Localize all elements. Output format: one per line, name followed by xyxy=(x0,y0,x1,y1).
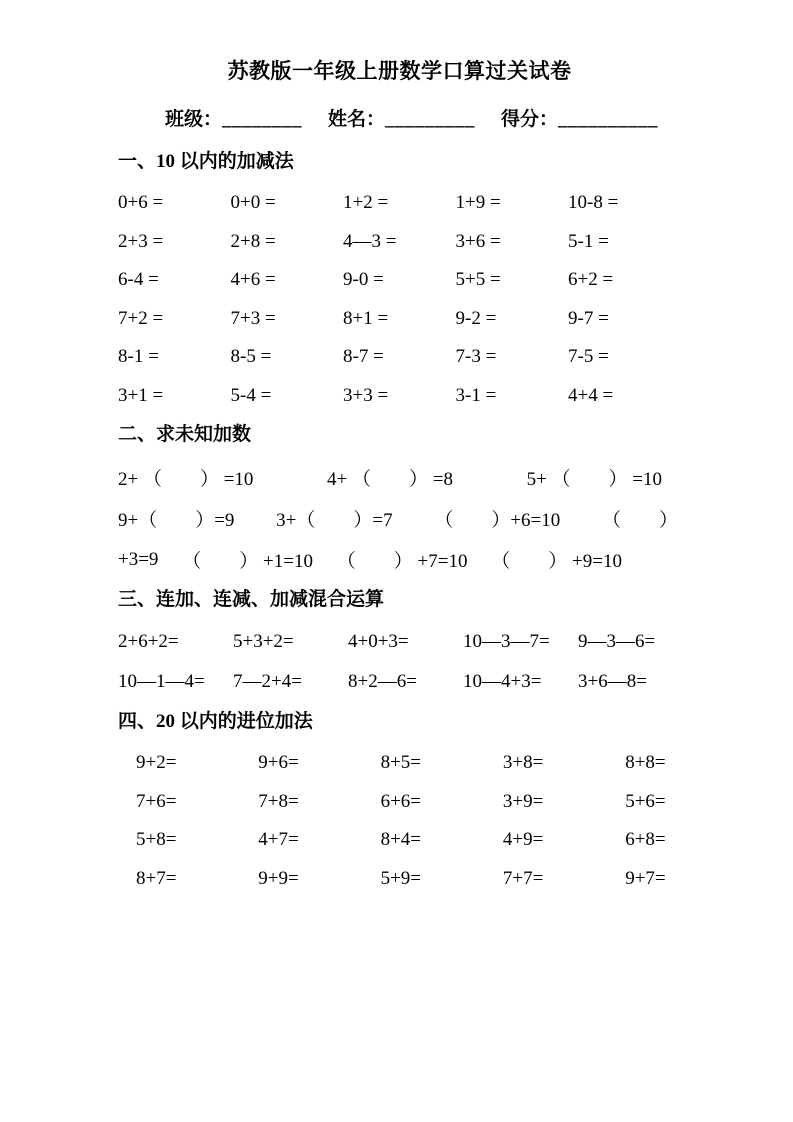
problem: 4+7= xyxy=(258,829,380,851)
problem: 6+2 = xyxy=(568,269,681,291)
problems-row: 7+2 = 7+3 = 8+1 = 9-2 = 9-7 = xyxy=(118,300,681,339)
problems-row: 2+3 = 2+8 = 4—3 = 3+6 = 5-1 = xyxy=(118,223,681,262)
problem: 5-1 = xyxy=(568,231,681,253)
problem: 6-4 = xyxy=(118,269,231,291)
problem: 8-7 = xyxy=(343,346,456,368)
problem: 9+6= xyxy=(258,752,380,774)
problem: 9+7= xyxy=(625,868,747,890)
problem: 6+6= xyxy=(381,791,503,813)
problem: 8+5= xyxy=(381,752,503,774)
problem: 4+0+3= xyxy=(348,631,463,653)
problem: 5+3+2= xyxy=(233,631,348,653)
problem: +3=9 xyxy=(118,549,158,571)
problem: 7-5 = xyxy=(568,346,681,368)
problem: 2+3 = xyxy=(118,231,231,253)
problem: 10—3—7= xyxy=(463,631,578,653)
problem: 8+1 = xyxy=(343,308,456,330)
problems-row: 8+7= 9+9= 5+9= 7+7= 9+7= xyxy=(136,860,681,899)
problem: 8+7= xyxy=(136,868,258,890)
problem: 3+（ ）=7 xyxy=(276,505,392,532)
problem: （ ） +9=10 xyxy=(491,546,622,573)
problem: （ ） +1=10 xyxy=(182,546,313,573)
problems-row: 0+6 = 0+0 = 1+2 = 1+9 = 10-8 = xyxy=(118,184,681,223)
problems-row: 9+（ ）=9 3+（ ）=7 （ ）+6=10 （ ） xyxy=(118,498,678,539)
problem: 9—3—6= xyxy=(578,631,693,653)
problem: 4—3 = xyxy=(343,231,456,253)
problem: 7+6= xyxy=(136,791,258,813)
problem: 9-2 = xyxy=(456,308,569,330)
problem: 4+6 = xyxy=(231,269,344,291)
problems-row: +3=9 （ ） +1=10 （ ） +7=10 （ ） +9=10 xyxy=(118,539,622,580)
problem: 3+1 = xyxy=(118,385,231,407)
problem: 7-3 = xyxy=(456,346,569,368)
problem: 9+（ ）=9 xyxy=(118,505,234,532)
problem: 4+9= xyxy=(503,829,625,851)
problem: 2+6+2= xyxy=(118,631,233,653)
problem: 8-1 = xyxy=(118,346,231,368)
problem: 0+6 = xyxy=(118,192,231,214)
problem: （ ）+6=10 xyxy=(434,505,560,532)
section-3-heading: 三、连加、连减、加减混合运算 xyxy=(118,586,681,614)
problem: 8+2—6= xyxy=(348,671,463,693)
section-1-heading: 一、10 以内的加减法 xyxy=(118,148,681,176)
problem: 5+8= xyxy=(136,829,258,851)
section-2-heading: 二、求未知加数 xyxy=(118,421,681,449)
problem: 10-8 = xyxy=(568,192,681,214)
worksheet-page: 苏教版一年级上册数学口算过关试卷 班级：________ 姓名：________… xyxy=(0,0,793,1122)
problem: 9+2= xyxy=(136,752,258,774)
problem: 6+8= xyxy=(625,829,747,851)
score-label: 得分： xyxy=(501,109,558,130)
problem: 10—1—4= xyxy=(118,671,233,693)
problem: 4+ （ ） =8 xyxy=(327,464,453,491)
name-blank: _________ xyxy=(385,109,475,130)
problem: 5+ （ ） =10 xyxy=(527,464,662,491)
score-field: 得分：__________ xyxy=(501,104,658,131)
problems-row: 10—1—4= 7—2+4= 8+2—6= 10—4+3= 3+6—8= xyxy=(118,662,681,702)
problem: 0+0 = xyxy=(231,192,344,214)
problems-row: 8-1 = 8-5 = 8-7 = 7-3 = 7-5 = xyxy=(118,338,681,377)
name-label: 姓名： xyxy=(328,109,385,130)
problem: 9-0 = xyxy=(343,269,456,291)
problem: 1+9 = xyxy=(456,192,569,214)
problem: （ ） +7=10 xyxy=(337,546,468,573)
score-blank: __________ xyxy=(558,109,658,130)
problem: 7+2 = xyxy=(118,308,231,330)
problems-row: 6-4 = 4+6 = 9-0 = 5+5 = 6+2 = xyxy=(118,261,681,300)
page-title: 苏教版一年级上册数学口算过关试卷 xyxy=(118,58,681,84)
section-4-heading: 四、20 以内的进位加法 xyxy=(118,708,681,736)
problem: 8+8= xyxy=(625,752,747,774)
problem: 2+8 = xyxy=(231,231,344,253)
problems-row: 2+6+2= 5+3+2= 4+0+3= 10—3—7= 9—3—6= xyxy=(118,622,681,662)
problem: （ ） xyxy=(602,505,678,532)
class-label: 班级： xyxy=(165,109,222,130)
student-info-line: 班级：________ 姓名：_________ 得分：__________ xyxy=(165,104,681,130)
class-field: 班级：________ xyxy=(165,104,302,131)
problem: 5-4 = xyxy=(231,385,344,407)
problem: 7+8= xyxy=(258,791,380,813)
problem: 3-1 = xyxy=(456,385,569,407)
problems-row: 5+8= 4+7= 8+4= 4+9= 6+8= xyxy=(136,821,681,860)
problem: 8-5 = xyxy=(231,346,344,368)
name-field: 姓名：_________ xyxy=(328,104,475,131)
problem: 9-7 = xyxy=(568,308,681,330)
problem: 7—2+4= xyxy=(233,671,348,693)
problem: 8+4= xyxy=(381,829,503,851)
problem: 3+6 = xyxy=(456,231,569,253)
class-blank: ________ xyxy=(222,109,302,130)
problem: 3+9= xyxy=(503,791,625,813)
problem: 2+ （ ） =10 xyxy=(118,464,253,491)
problem: 1+2 = xyxy=(343,192,456,214)
problems-row: 2+ （ ） =10 4+ （ ） =8 5+ （ ） =10 xyxy=(118,457,662,498)
problem: 3+8= xyxy=(503,752,625,774)
problems-row: 7+6= 7+8= 6+6= 3+9= 5+6= xyxy=(136,783,681,822)
problem: 4+4 = xyxy=(568,385,681,407)
problem: 9+9= xyxy=(258,868,380,890)
problem: 10—4+3= xyxy=(463,671,578,693)
problem: 3+6—8= xyxy=(578,671,693,693)
problem: 7+7= xyxy=(503,868,625,890)
problem: 5+5 = xyxy=(456,269,569,291)
problem: 5+6= xyxy=(625,791,747,813)
problems-row: 3+1 = 5-4 = 3+3 = 3-1 = 4+4 = xyxy=(118,377,681,416)
problem: 5+9= xyxy=(381,868,503,890)
problems-row: 9+2= 9+6= 8+5= 3+8= 8+8= xyxy=(136,744,681,783)
problem: 7+3 = xyxy=(231,308,344,330)
problem: 3+3 = xyxy=(343,385,456,407)
